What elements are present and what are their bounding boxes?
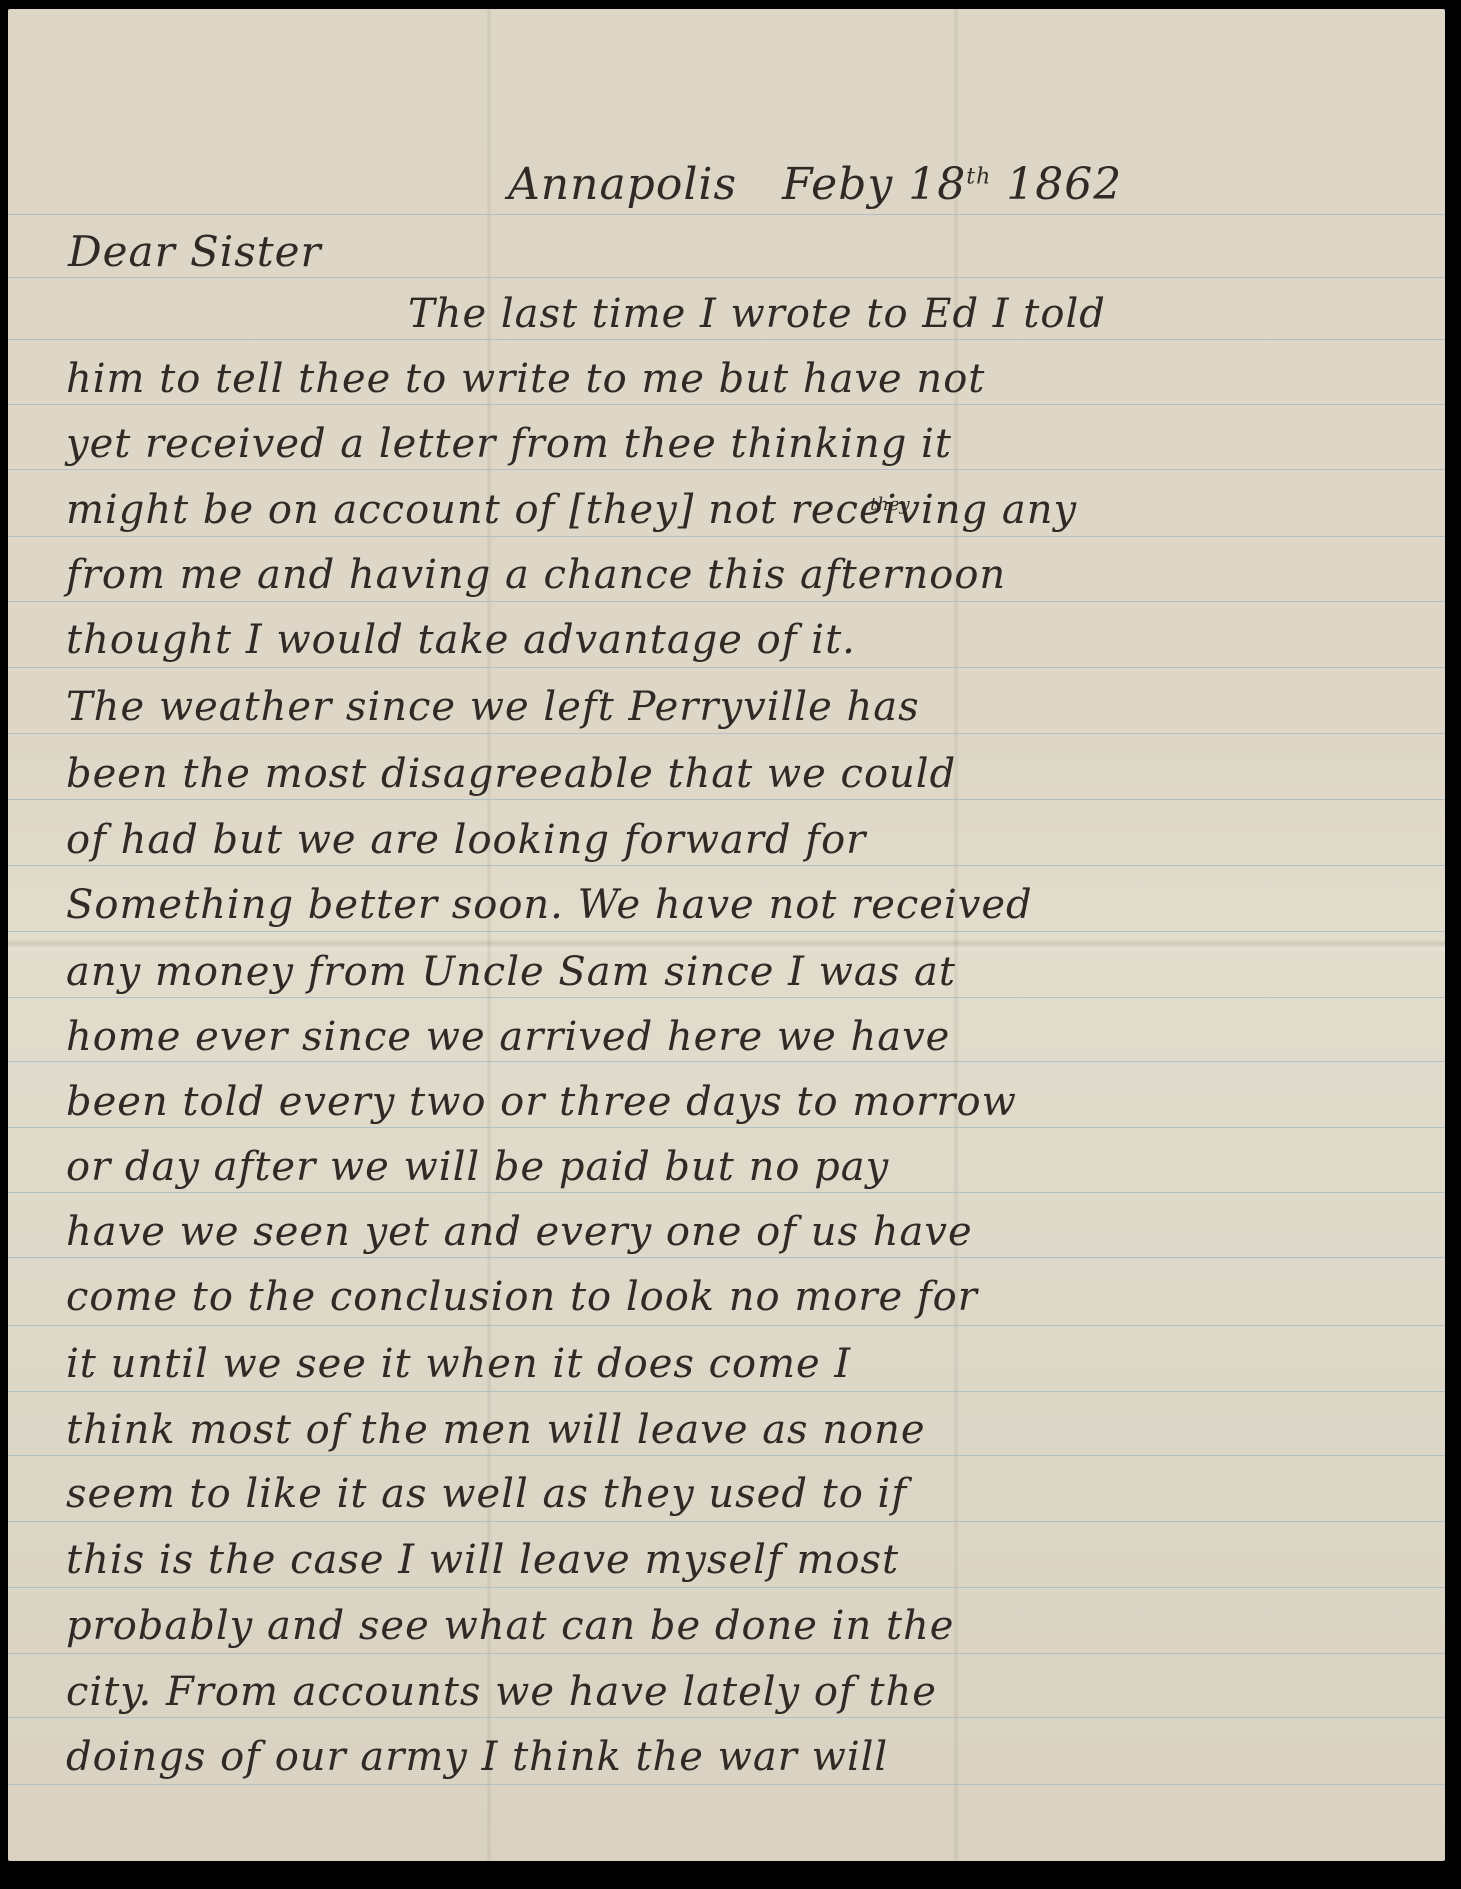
ruled-line	[8, 1455, 1445, 1456]
letter-page: Annapolis Feby 18th 1862 Dear Sister the…	[8, 9, 1445, 1861]
body-line: have we seen yet and every one of us hav…	[66, 1209, 973, 1255]
date-day: 18	[908, 159, 966, 210]
body-line: doings of our army I think the war will	[66, 1734, 888, 1780]
ruled-line	[8, 799, 1445, 800]
ruled-line	[8, 1391, 1445, 1392]
body-line: from me and having a chance this afterno…	[66, 552, 1006, 598]
body-line: thought I would take advantage of it.	[66, 617, 856, 663]
body-line: yet received a letter from thee thinking…	[66, 421, 952, 467]
body-line: Something better soon. We have not recei…	[66, 882, 1033, 928]
body-line: been the most disagreeable that we could	[66, 751, 956, 797]
ruled-line	[8, 1061, 1445, 1062]
ruled-line	[8, 404, 1445, 405]
ruled-line	[8, 1127, 1445, 1128]
ruled-line	[8, 997, 1445, 998]
ruled-line	[8, 1587, 1445, 1588]
ruled-line	[8, 931, 1445, 932]
ruled-line	[8, 1521, 1445, 1522]
body-line: think most of the men will leave as none	[66, 1407, 926, 1453]
date-month: Feby	[782, 159, 893, 210]
vertical-fold-crease	[486, 9, 492, 1861]
ruled-line	[8, 1717, 1445, 1718]
ruled-line	[8, 733, 1445, 734]
body-line: come to the conclusion to look no more f…	[66, 1274, 978, 1320]
body-line: city. From accounts we have lately of th…	[66, 1669, 937, 1715]
ruled-line	[8, 865, 1445, 866]
ruled-line	[8, 601, 1445, 602]
body-line: home ever since we arrived here we have	[66, 1014, 950, 1060]
body-line: of had but we are looking forward for	[66, 817, 866, 863]
ruled-line	[8, 1257, 1445, 1258]
ruled-line	[8, 469, 1445, 470]
body-line: any money from Uncle Sam since I was at	[66, 949, 956, 995]
body-line: this is the case I will leave myself mos…	[66, 1537, 899, 1583]
ruled-line	[8, 277, 1445, 278]
body-line: The last time I wrote to Ed I told	[408, 291, 1106, 337]
ruled-line	[8, 1192, 1445, 1193]
body-line: seem to like it as well as they used to …	[66, 1471, 907, 1517]
body-line: probably and see what can be done in the	[66, 1603, 954, 1649]
ruled-line	[8, 667, 1445, 668]
body-line: been told every two or three days to mor…	[66, 1079, 1017, 1125]
ruled-line	[8, 339, 1445, 340]
body-line: The weather since we left Perryville has	[66, 684, 920, 730]
ruled-line	[8, 1784, 1445, 1785]
date-suffix: th	[966, 164, 991, 189]
body-line: might be on account of [they] not receiv…	[66, 487, 1077, 533]
ruled-line	[8, 214, 1445, 215]
dateline: Annapolis Feby 18th 1862	[508, 159, 1122, 210]
ruled-line	[8, 1325, 1445, 1326]
salutation: Dear Sister	[68, 227, 322, 276]
body-line: him to tell thee to write to me but have…	[66, 356, 985, 402]
date-year: 1862	[1006, 159, 1122, 210]
ruled-line	[8, 1653, 1445, 1654]
place: Annapolis	[508, 159, 737, 210]
body-line: or day after we will be paid but no pay	[66, 1144, 889, 1190]
ruled-line	[8, 536, 1445, 537]
vertical-fold-crease	[953, 9, 959, 1861]
body-line: it until we see it when it does come I	[66, 1341, 851, 1387]
